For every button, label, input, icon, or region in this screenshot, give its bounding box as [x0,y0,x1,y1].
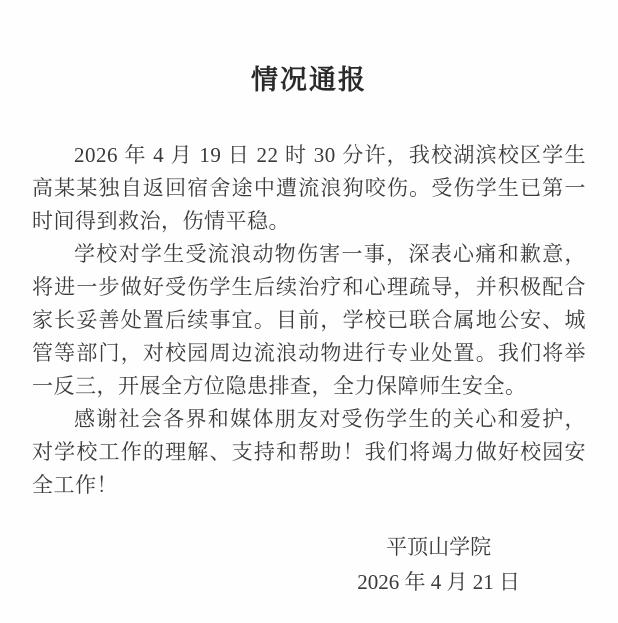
notice-document: 情况通报 2026 年 4 月 19 日 22 时 30 分许，我校湖滨校区学生… [0,0,618,600]
signature-organization: 平顶山学院 [357,530,520,565]
signature-block: 平顶山学院 2026 年 4 月 21 日 [357,530,520,600]
notice-body: 2026 年 4 月 19 日 22 时 30 分许，我校湖滨校区学生高某某独自… [32,139,586,502]
paragraph-incident: 2026 年 4 月 19 日 22 时 30 分许，我校湖滨校区学生高某某独自… [32,139,586,238]
signature-date: 2026 年 4 月 21 日 [357,565,520,600]
notice-page: 情况通报 2026 年 4 月 19 日 22 时 30 分许，我校湖滨校区学生… [0,0,618,623]
paragraph-thanks: 感谢社会各界和媒体朋友对受伤学生的关心和爱护，对学校工作的理解、支持和帮助！我们… [32,403,586,502]
page-title: 情况通报 [32,58,586,97]
paragraph-response: 学校对学生受流浪动物伤害一事，深表心痛和歉意，将进一步做好受伤学生后续治疗和心理… [32,238,586,403]
